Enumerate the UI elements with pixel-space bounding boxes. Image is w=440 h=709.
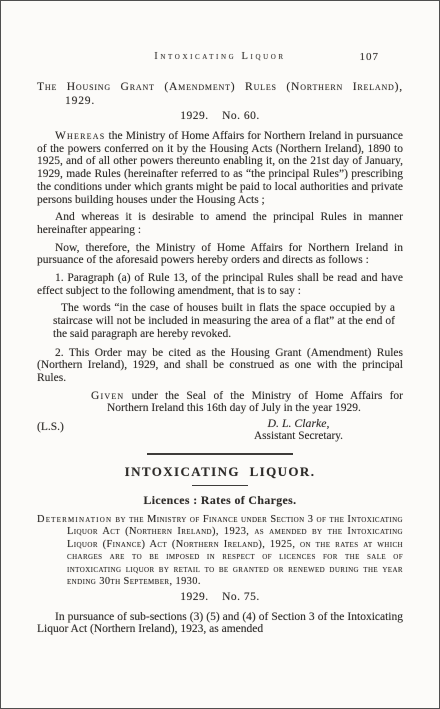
order-title: The Housing Grant (Amendment) Rules (Nor… <box>37 80 403 107</box>
section-divider-rule <box>147 453 293 455</box>
signature-title: Assistant Secretary. <box>254 430 343 443</box>
notice-number-line: 1929. No. 75. <box>37 591 403 603</box>
order-number-line: 1929. No. 60. <box>37 110 403 122</box>
page-header: Intoxicating Liquor 107 <box>37 51 403 66</box>
scanned-page: Intoxicating Liquor 107 The Housing Gran… <box>0 0 440 709</box>
attestation-clause: Given under the Seal of the Ministry of … <box>37 390 403 415</box>
paragraph-article-2: 2. This Order may be cited as the Housin… <box>37 347 403 385</box>
paragraph-and-whereas: And whereas it is desirable to amend the… <box>37 211 403 236</box>
determination-text: by the Ministry of Finance under Section… <box>67 514 403 587</box>
given-text: under the Seal of the Ministry of Home A… <box>107 390 403 415</box>
determination-lead-word: Determination <box>37 514 112 525</box>
whereas-lead-word: Whereas <box>55 130 105 142</box>
signature-name: D. L. Clarke, <box>254 417 343 430</box>
page-body: Intoxicating Liquor 107 The Housing Gran… <box>1 1 439 636</box>
determination-paragraph: Determination by the Ministry of Finance… <box>37 514 403 588</box>
given-lead-word: Given <box>91 390 124 402</box>
quoted-amendment: The words “in the case of houses built i… <box>53 302 395 340</box>
seal-mark: (L.S.) <box>37 421 64 433</box>
paragraph-article-1: 1. Paragraph (a) of Rule 13, of the prin… <box>37 272 403 297</box>
paragraph-now-therefore: Now, therefore, the Ministry of Home Aff… <box>37 242 403 267</box>
subheading: Licences : Rates of Charges. <box>37 493 403 508</box>
signature-block: D. L. Clarke, Assistant Secretary. <box>254 417 343 443</box>
signature-row: (L.S.) D. L. Clarke, Assistant Secretary… <box>37 417 403 445</box>
paragraph-pursuance: In pursuance of sub-sections (3) (5) and… <box>37 611 403 636</box>
heading-underline-rule <box>192 485 248 486</box>
section-heading: INTOXICATING LIQUOR. <box>37 464 403 480</box>
running-head: Intoxicating Liquor <box>37 51 403 62</box>
paragraph-whereas: Whereas the Ministry of Home Affairs for… <box>37 130 403 206</box>
page-number: 107 <box>360 51 380 63</box>
